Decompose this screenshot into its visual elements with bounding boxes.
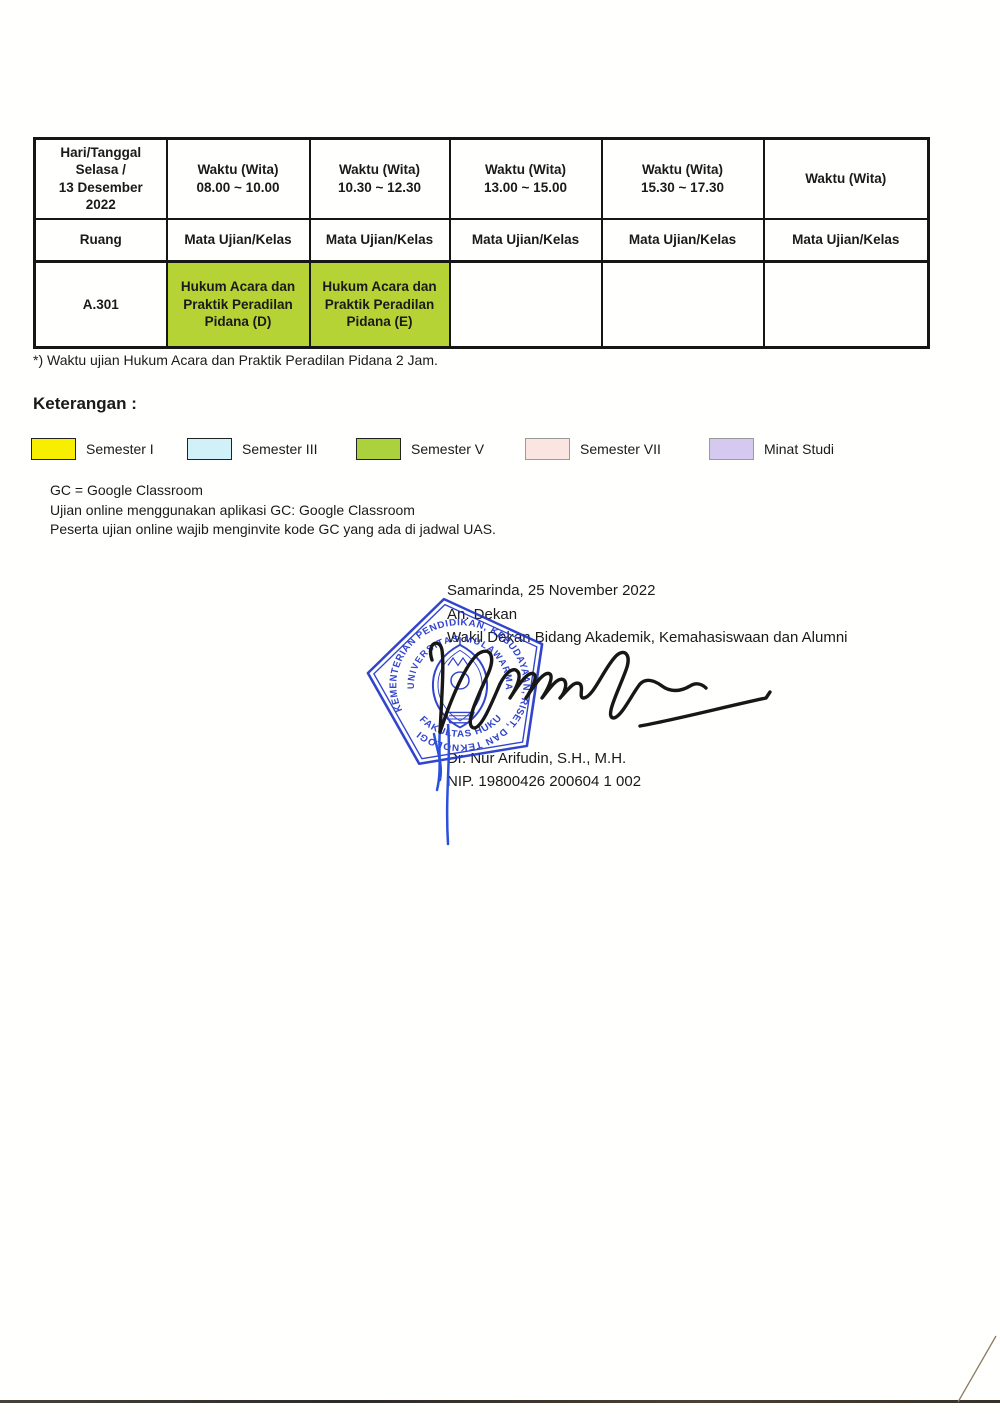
notes-block: GC = Google Classroom Ujian online mengg… xyxy=(50,481,496,540)
legend-label: Semester V xyxy=(411,441,484,457)
subject-header-cell: Mata Ujian/Kelas xyxy=(450,219,602,262)
time-label: Waktu (Wita) xyxy=(608,161,758,179)
legend-swatch-semester5 xyxy=(356,438,401,460)
time-slot: 13.00 ~ 15.00 xyxy=(456,179,596,197)
subject-header-cell: Mata Ujian/Kelas xyxy=(764,219,929,262)
keterangan-title: Keterangan : xyxy=(33,394,137,414)
subject-header-cell: Mata Ujian/Kelas xyxy=(167,219,310,262)
legend-swatch-semester7 xyxy=(525,438,570,460)
empty-cell xyxy=(764,262,929,348)
legend-item: Semester III xyxy=(187,438,317,460)
table-subheader-row: Ruang Mata Ujian/Kelas Mata Ujian/Kelas … xyxy=(35,219,929,262)
legend-swatch-semester1 xyxy=(31,438,76,460)
subject-header-cell: Mata Ujian/Kelas xyxy=(602,219,764,262)
exam-schedule-table: Hari/Tanggal Selasa / 13 Desember 2022 W… xyxy=(33,137,930,349)
footnote-text: *) Waktu ujian Hukum Acara dan Praktik P… xyxy=(33,352,438,368)
legend-item: Semester VII xyxy=(525,438,661,460)
time-label: Waktu (Wita) xyxy=(456,161,596,179)
day-line: 2022 xyxy=(41,196,161,214)
time-label: Waktu (Wita) xyxy=(316,161,444,179)
room-header-cell: Ruang xyxy=(35,219,167,262)
exam-cell: Hukum Acara dan Praktik Peradilan Pidana… xyxy=(167,262,310,348)
subject-header-cell: Mata Ujian/Kelas xyxy=(310,219,450,262)
legend-item: Minat Studi xyxy=(709,438,834,460)
time-label: Waktu (Wita) xyxy=(770,170,923,188)
exam-cell: Hukum Acara dan Praktik Peradilan Pidana… xyxy=(310,262,450,348)
notes-line: Ujian online menggunakan aplikasi GC: Go… xyxy=(50,501,496,521)
notes-line: Peserta ujian online wajib menginvite ko… xyxy=(50,520,496,540)
scan-edge-line xyxy=(0,1400,1000,1403)
time-slot: 08.00 ~ 10.00 xyxy=(173,179,304,197)
time-slot: 15.30 ~ 17.30 xyxy=(608,179,758,197)
table-data-row: A.301 Hukum Acara dan Praktik Peradilan … xyxy=(35,262,929,348)
legend-label: Semester VII xyxy=(580,441,661,457)
day-header-cell: Hari/Tanggal Selasa / 13 Desember 2022 xyxy=(35,139,167,219)
empty-cell xyxy=(450,262,602,348)
signature-ink xyxy=(418,634,778,739)
notes-line: GC = Google Classroom xyxy=(50,481,496,501)
time-header-cell: Waktu (Wita) xyxy=(764,139,929,219)
day-line: Selasa / xyxy=(41,161,161,179)
document-page: Hari/Tanggal Selasa / 13 Desember 2022 W… xyxy=(0,0,1000,1414)
legend-label: Semester III xyxy=(242,441,317,457)
table-header-row: Hari/Tanggal Selasa / 13 Desember 2022 W… xyxy=(35,139,929,219)
room-cell: A.301 xyxy=(35,262,167,348)
pen-stroke xyxy=(424,724,468,849)
legend-swatch-minat-studi xyxy=(709,438,754,460)
legend-item: Semester V xyxy=(356,438,484,460)
time-header-cell: Waktu (Wita) 08.00 ~ 10.00 xyxy=(167,139,310,219)
time-header-cell: Waktu (Wita) 13.00 ~ 15.00 xyxy=(450,139,602,219)
legend-item: Semester I xyxy=(31,438,154,460)
day-line: 13 Desember xyxy=(41,179,161,197)
time-header-cell: Waktu (Wita) 10.30 ~ 12.30 xyxy=(310,139,450,219)
day-line: Hari/Tanggal xyxy=(41,144,161,162)
time-header-cell: Waktu (Wita) 15.30 ~ 17.30 xyxy=(602,139,764,219)
legend-label: Semester I xyxy=(86,441,154,457)
time-label: Waktu (Wita) xyxy=(173,161,304,179)
time-slot: 10.30 ~ 12.30 xyxy=(316,179,444,197)
legend-label: Minat Studi xyxy=(764,441,834,457)
scan-artifact-line xyxy=(948,1334,1000,1404)
legend-swatch-semester3 xyxy=(187,438,232,460)
empty-cell xyxy=(602,262,764,348)
